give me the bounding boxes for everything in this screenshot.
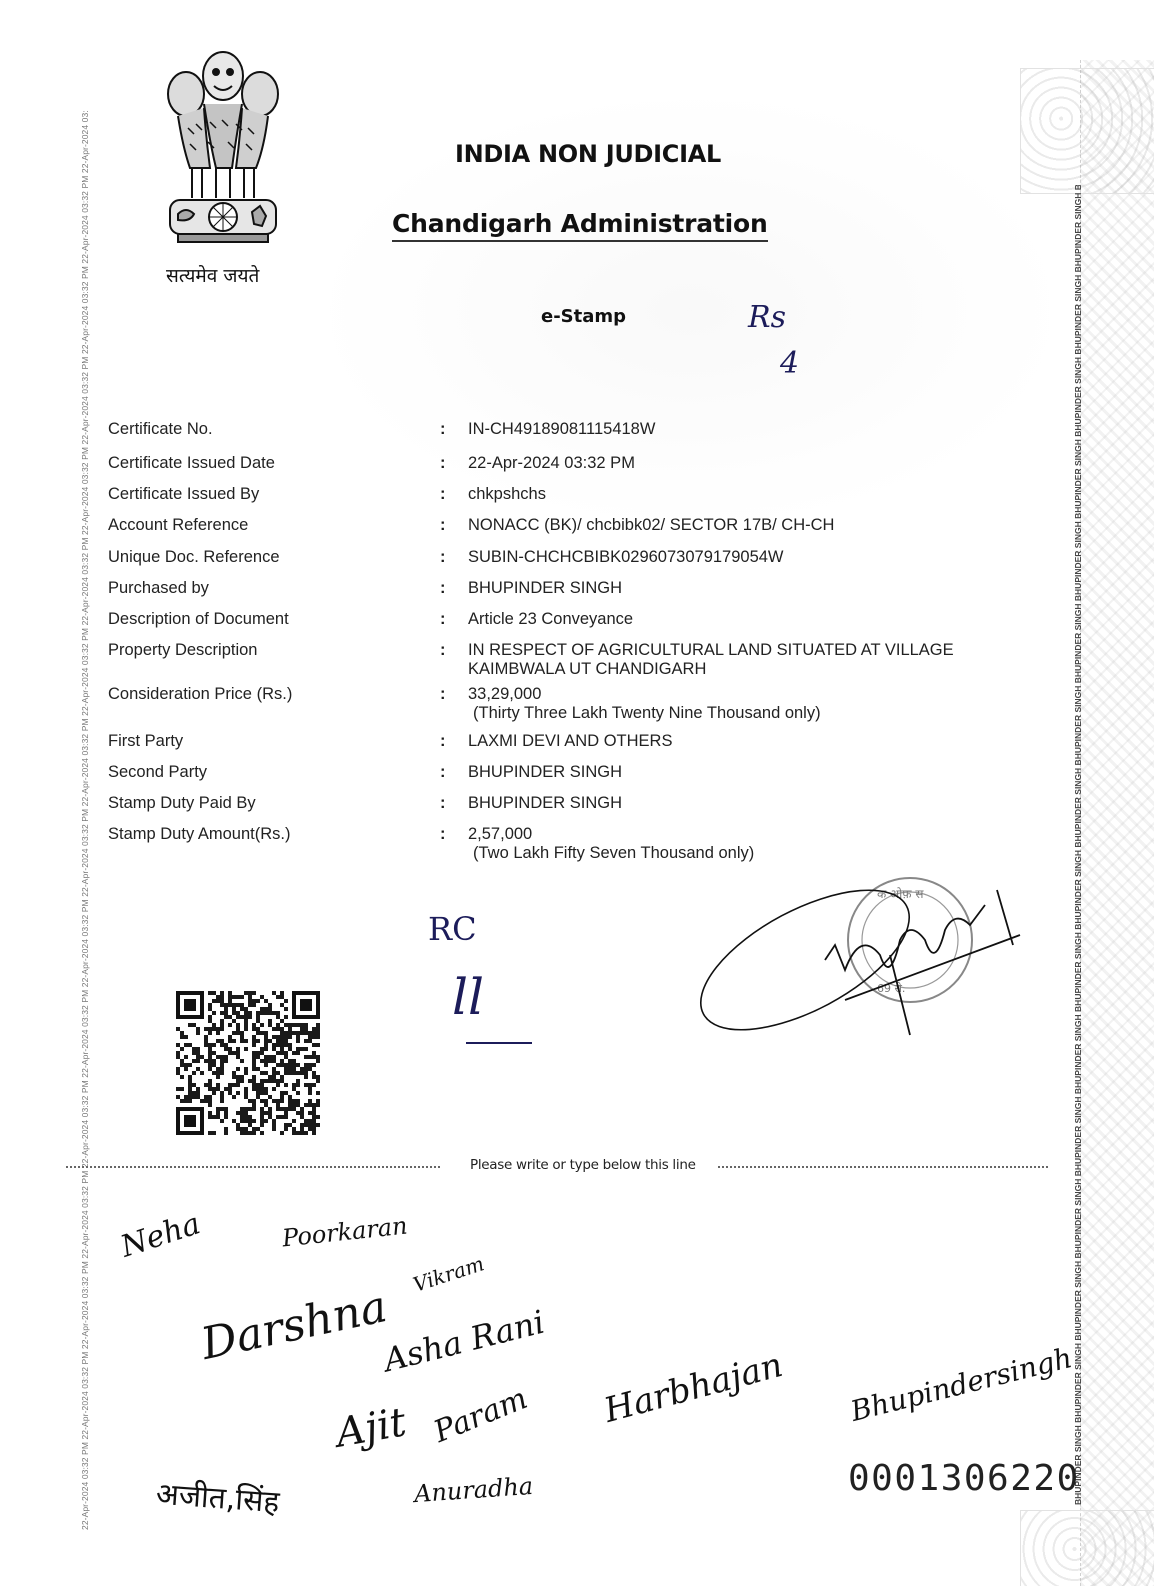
field-colon: : (440, 732, 450, 751)
field-value: SUBIN-CHCHCBIBK0296073079179054W (468, 548, 1028, 567)
field-label: Certificate No. (108, 420, 428, 439)
field-value: LAXMI DEVI AND OTHERS (468, 732, 1028, 751)
field-colon: : (440, 794, 450, 813)
signature-10: Anuradha (413, 1472, 534, 1508)
field-value: IN RESPECT OF AGRICULTURAL LAND SITUATED… (468, 641, 1028, 679)
right-name-strip: BHUPINDER SINGH BHUPINDER SINGH BHUPINDE… (1073, 185, 1087, 1505)
field-colon: : (440, 641, 450, 660)
border-ornament-top (1020, 68, 1154, 194)
field-colon: : (440, 579, 450, 598)
handwritten-initials-top-1: Rs (748, 300, 786, 335)
national-emblem-icon (158, 38, 288, 248)
handwritten-initials-ll: ll (452, 968, 484, 1026)
signature-5: Asha Rani (380, 1303, 548, 1380)
official-seal-signature: क ओफ़ स -69 से. (685, 860, 1025, 1050)
field-value: BHUPINDER SINGH (468, 763, 1028, 782)
field-label: Purchased by (108, 579, 428, 598)
signature-6: Ajit (333, 1399, 410, 1456)
field-label: Property Description (108, 641, 428, 660)
field-colon: : (440, 763, 450, 782)
field-colon: : (440, 825, 450, 844)
field-value: BHUPINDER SINGH (468, 794, 1028, 813)
field-value: BHUPINDER SINGH (468, 579, 1028, 598)
field-value: Article 23 Conveyance (468, 610, 1028, 629)
emblem-motto: सत्यमेव जयते (166, 262, 259, 288)
field-value: IN-CH49189081115418W (468, 420, 1028, 439)
divider-left (66, 1166, 440, 1168)
field-label: Certificate Issued By (108, 485, 428, 504)
field-value: NONACC (BK)/ chcbibk02/ SECTOR 17B/ CH-C… (468, 516, 1028, 535)
border-ornament-bottom (1020, 1510, 1154, 1586)
initials-underline (466, 1042, 532, 1044)
serial-number: 0001306220 (848, 1458, 1080, 1499)
field-value: 33,29,000(Thirty Three Lakh Twenty Nine … (468, 685, 1028, 723)
signature-neha: Neha (117, 1206, 205, 1264)
field-label: Consideration Price (Rs.) (108, 685, 428, 704)
issuing-authority: Chandigarh Administration (392, 209, 768, 242)
handwritten-initials-top-2: 4 (780, 346, 799, 381)
field-value: 2,57,000(Two Lakh Fifty Seven Thousand o… (468, 825, 1028, 863)
field-colon: : (440, 685, 450, 704)
field-colon: : (440, 454, 450, 473)
field-colon: : (440, 610, 450, 629)
field-label: Certificate Issued Date (108, 454, 428, 473)
document-title: INDIA NON JUDICIAL (455, 140, 721, 168)
signature-7: Param (429, 1381, 532, 1450)
signature-9: Bhupindersingh (847, 1341, 1075, 1428)
signature-2: Poorkaran (281, 1212, 409, 1253)
field-label: Description of Document (108, 610, 428, 629)
field-label: Stamp Duty Paid By (108, 794, 428, 813)
field-label: First Party (108, 732, 428, 751)
field-label: Second Party (108, 763, 428, 782)
field-label: Stamp Duty Amount(Rs.) (108, 825, 428, 844)
write-below-line-label: Please write or type below this line (470, 1157, 696, 1173)
handwritten-initials-rc: RC (428, 910, 477, 948)
right-decorative-border (1080, 60, 1154, 1586)
field-label: Unique Doc. Reference (108, 548, 428, 567)
field-colon: : (440, 420, 450, 439)
field-colon: : (440, 548, 450, 567)
qr-code[interactable] (176, 991, 320, 1135)
field-label: Account Reference (108, 516, 428, 535)
signature-11: अजीत,सिंह (155, 1472, 281, 1522)
signature-4: Darshna (197, 1281, 392, 1370)
divider-right (718, 1166, 1048, 1168)
document-subtitle: e-Stamp (541, 306, 626, 327)
signature-3: Vikram (410, 1251, 487, 1296)
field-value: 22-Apr-2024 03:32 PM (468, 454, 1028, 473)
field-colon: : (440, 516, 450, 535)
field-colon: : (440, 485, 450, 504)
signature-8: Harbhajan (600, 1345, 787, 1431)
field-value: chkpshchs (468, 485, 1028, 504)
left-timestamp-strip: 22-Apr-2024 03:32 PM 22-Apr-2024 03:32 P… (80, 110, 94, 1530)
